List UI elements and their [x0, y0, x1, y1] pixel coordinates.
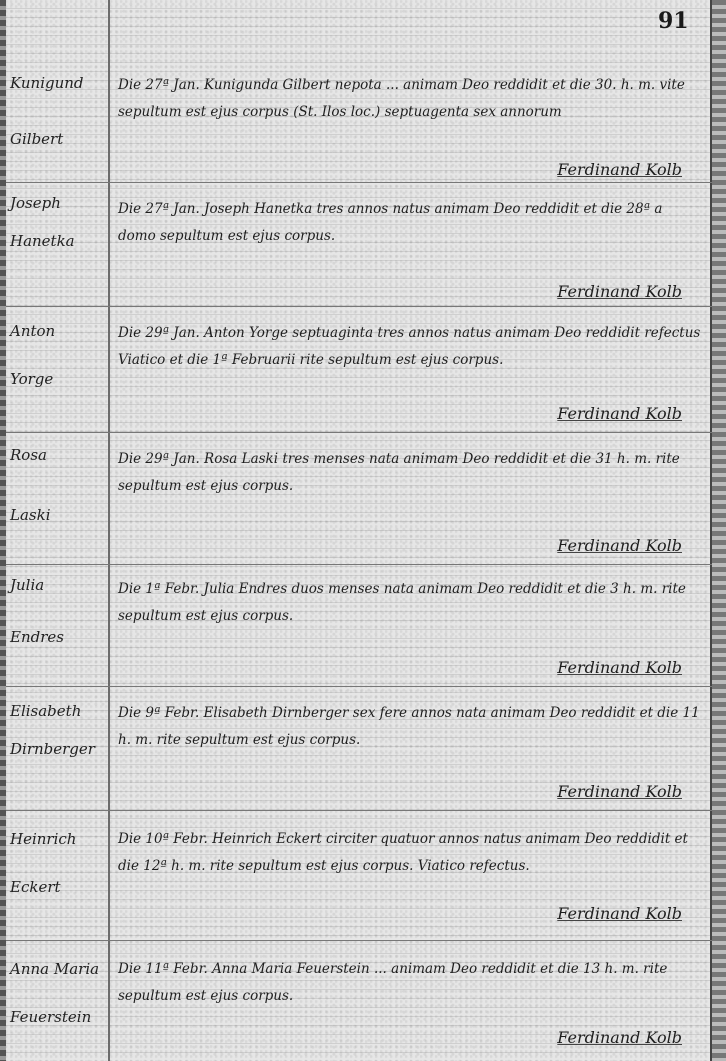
entry-surname: Dirnberger — [10, 742, 95, 757]
entry-signature: Ferdinand Kolb — [557, 536, 682, 555]
entry-given-name: Kunigund — [10, 76, 84, 91]
entry-given-name: Elisabeth — [10, 704, 81, 719]
entry-given-name: Heinrich — [10, 832, 76, 847]
entry-signature: Ferdinand Kolb — [557, 658, 682, 677]
entry-text: Die 27ª Jan. Joseph Hanetka tres annos n… — [118, 196, 704, 250]
entry-signature: Ferdinand Kolb — [557, 160, 682, 179]
entry-given-name: Joseph — [10, 196, 61, 211]
entry-text: Die 1ª Febr. Julia Endres duos menses na… — [118, 576, 704, 630]
entry-signature: Ferdinand Kolb — [557, 1028, 682, 1047]
entry-text: Die 27ª Jan. Kunigunda Gilbert nepota ..… — [118, 72, 704, 126]
entry-signature: Ferdinand Kolb — [557, 782, 682, 801]
entry-text: Die 29ª Jan. Anton Yorge septuaginta tre… — [118, 320, 704, 374]
entry-given-name: Rosa — [10, 448, 47, 463]
page-number: 91 — [658, 8, 689, 34]
entry-text: Die 9ª Febr. Elisabeth Dirnberger sex fe… — [118, 700, 704, 754]
entry-surname: Gilbert — [10, 132, 63, 147]
entry-surname: Feuerstein — [10, 1010, 91, 1025]
page-edge — [710, 0, 726, 1061]
register-entry: Kunigund Gilbert Die 27ª Jan. Kunigunda … — [6, 66, 712, 183]
entry-given-name: Anton — [10, 324, 55, 339]
register-entry: Anton Yorge Die 29ª Jan. Anton Yorge sep… — [6, 306, 712, 433]
register-entry: Elisabeth Dirnberger Die 9ª Febr. Elisab… — [6, 686, 712, 811]
entry-signature: Ferdinand Kolb — [557, 282, 682, 301]
entry-text: Die 29ª Jan. Rosa Laski tres menses nata… — [118, 446, 704, 500]
entry-surname: Yorge — [10, 372, 53, 387]
register-entry: Joseph Hanetka Die 27ª Jan. Joseph Hanet… — [6, 182, 712, 307]
register-entry: Heinrich Eckert Die 10ª Febr. Heinrich E… — [6, 810, 712, 941]
entry-given-name: Anna Maria — [10, 962, 99, 977]
entry-surname: Endres — [10, 630, 64, 645]
entry-text: Die 10ª Febr. Heinrich Eckert circiter q… — [118, 826, 704, 880]
entry-surname: Hanetka — [10, 234, 75, 249]
register-entry: Anna Maria Feuerstein Die 11ª Febr. Anna… — [6, 940, 712, 1061]
register-entry: Julia Endres Die 1ª Febr. Julia Endres d… — [6, 564, 712, 687]
entry-signature: Ferdinand Kolb — [557, 904, 682, 923]
entry-given-name: Julia — [10, 578, 44, 593]
entry-signature: Ferdinand Kolb — [557, 404, 682, 423]
register-entry: Rosa Laski Die 29ª Jan. Rosa Laski tres … — [6, 432, 712, 565]
register-page: 91 Kunigund Gilbert Die 27ª Jan. Kunigun… — [0, 0, 726, 1061]
entry-text: Die 11ª Febr. Anna Maria Feuerstein ... … — [118, 956, 704, 1010]
entry-surname: Eckert — [10, 880, 61, 895]
entry-surname: Laski — [10, 508, 51, 523]
